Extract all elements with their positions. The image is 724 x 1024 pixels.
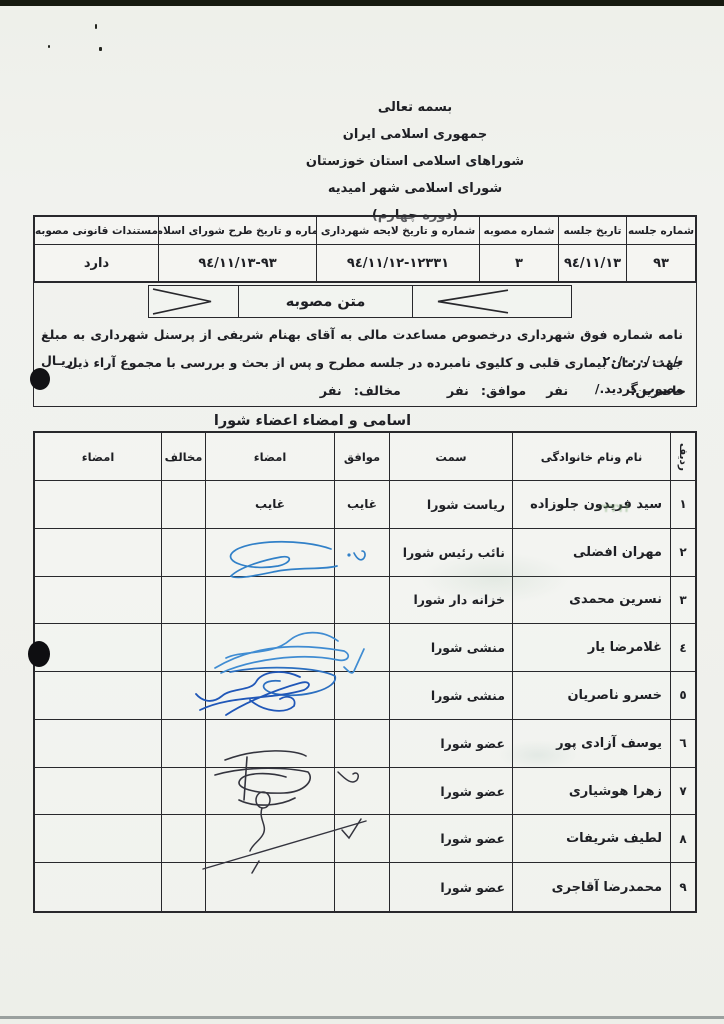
row-no: ٨ (670, 815, 695, 863)
banner-title-cell: متن مصوبه (238, 286, 413, 317)
oppose-cell (161, 481, 205, 529)
oppose-cell (161, 529, 205, 577)
meta-header-session-no: شماره جلسه (626, 217, 695, 245)
letterhead-country: جمهوری اسلامی ایران (106, 121, 724, 148)
letterhead: بسمه تعالی جمهوری اسلامی ایران شوراهای ا… (106, 94, 724, 229)
member-name: خسرو ناصریان (512, 672, 670, 720)
row-no-rotated-label: ردیف (677, 443, 689, 471)
agree-cell (334, 529, 389, 577)
chevron-left-icon (413, 286, 571, 317)
letterhead-city-council: شورای اسلامی شهر امیدیه (106, 175, 724, 202)
signature2-cell (35, 624, 161, 672)
meta-header-resolution-no: شماره مصوبه (479, 217, 558, 245)
meta-value-resolution-no: ٣ (479, 245, 558, 281)
col-header-signature-1: امضاء (205, 433, 334, 481)
member-name: زهرا هوشیاری (512, 768, 670, 816)
banner-title: متن مصوبه (286, 294, 366, 310)
member-name: لطیف شریفات (512, 815, 670, 863)
banner-right-arrow-cell (413, 286, 571, 317)
meta-value-session-no: ٩٣ (626, 245, 695, 281)
col-header-row-no: ردیف (670, 433, 695, 481)
signature-cell (205, 768, 334, 816)
col-header-agree: موافق (334, 433, 389, 481)
col-header-position: سمت (389, 433, 512, 481)
signature2-cell (35, 577, 161, 625)
signature-cell (205, 815, 334, 863)
col-header-oppose: مخالف (161, 433, 205, 481)
agree-label: موافق: (481, 384, 526, 399)
signature-cell (205, 529, 334, 577)
banner-left-arrow-cell (149, 286, 238, 317)
letterhead-basmala: بسمه تعالی (106, 94, 724, 121)
agree-cell (334, 624, 389, 672)
attendance-line: حاضرین: نفر موافق: نفر مخالف: نفر (320, 384, 686, 399)
letterhead-province-councils: شوراهای اسلامی استان خوزستان (106, 148, 724, 175)
signature2-cell (35, 672, 161, 720)
oppose-cell (161, 815, 205, 863)
meta-header-legal-docs: مستندات قانونی مصوبه (35, 217, 158, 245)
signature-cell (205, 672, 334, 720)
chevron-right-icon (149, 286, 238, 317)
row-no: ٧ (670, 768, 695, 816)
resolution-banner: متن مصوبه (148, 285, 572, 318)
meta-value-bill-no-date: ١٢٣٣١-٩٤/١١/١٢ (316, 245, 479, 281)
signature-cell (205, 863, 334, 911)
member-position: عضو شورا (389, 815, 512, 863)
signature-cell (205, 720, 334, 768)
row-no: ١ (670, 481, 695, 529)
signature2-cell (35, 768, 161, 816)
oppose-label: مخالف: (354, 384, 401, 399)
scanned-council-resolution-page: بسمه تعالی جمهوری اسلامی ایران شوراهای ا… (0, 0, 724, 1024)
oppose-cell (161, 768, 205, 816)
signature2-cell (35, 720, 161, 768)
member-position: عضو شورا (389, 720, 512, 768)
member-position: عضو شورا (389, 863, 512, 911)
col-header-name: نام ونام خانوادگی (512, 433, 670, 481)
oppose-cell (161, 672, 205, 720)
signature2-cell (35, 529, 161, 577)
row-no: ٢ (670, 529, 695, 577)
members-table-title: اسامی و امضاء اعضاء شورا (200, 413, 425, 429)
agree-cell (334, 577, 389, 625)
present-value: نفر (546, 384, 568, 399)
scan-bottom-edge (0, 1016, 724, 1019)
bleed-smudge (420, 552, 570, 604)
oppose-cell (161, 577, 205, 625)
member-position: منشی شورا (389, 624, 512, 672)
scan-speck (95, 24, 97, 29)
meta-header-session-date: تاریخ جلسه (558, 217, 626, 245)
bleed-through-text: ١٢٣٣٠ (594, 501, 664, 515)
meta-value-plan-no-date: ٩٣-٩٤/١١/١٣ (158, 245, 316, 281)
meta-header-bill-no-date: شماره و تاریخ لایحه شهرداری (316, 217, 479, 245)
member-name: غلامرضا یار (512, 624, 670, 672)
meta-header-plan-no-date: شماره و تاریخ طرح شورای اسلامی (158, 217, 316, 245)
scan-speck (48, 45, 50, 48)
meta-value-session-date: ٩٤/١١/١٣ (558, 245, 626, 281)
row-no: ٤ (670, 624, 695, 672)
oppose-cell (161, 863, 205, 911)
row-no: ٥ (670, 672, 695, 720)
signature-cell (205, 577, 334, 625)
agree-cell (334, 768, 389, 816)
row-no: ٦ (670, 720, 695, 768)
member-position: ریاست شورا (389, 481, 512, 529)
oppose-value: نفر (320, 384, 342, 399)
agree-cell (334, 863, 389, 911)
agree-cell (334, 720, 389, 768)
present-label: حاضرین: (630, 384, 686, 399)
session-meta-table: شماره جلسه تاریخ جلسه شماره مصوبه شماره … (33, 215, 697, 283)
member-position: عضو شورا (389, 768, 512, 816)
bleed-smudge (498, 740, 578, 770)
signature-cell: غایب (205, 481, 334, 529)
signature2-cell (35, 815, 161, 863)
signature-cell (205, 624, 334, 672)
member-name: محمدرضا آقاجری (512, 863, 670, 911)
scan-speck (99, 47, 102, 51)
agree-value: نفر (447, 384, 469, 399)
row-no: ٣ (670, 577, 695, 625)
scan-edge-strip (0, 0, 724, 6)
row-no: ٩ (670, 863, 695, 911)
agree-cell (334, 672, 389, 720)
meta-value-legal-docs: دارد (35, 245, 158, 281)
oppose-cell (161, 720, 205, 768)
oppose-cell (161, 624, 205, 672)
signature2-cell (35, 481, 161, 529)
agree-cell (334, 815, 389, 863)
member-position: منشی شورا (389, 672, 512, 720)
agree-cell: غایب (334, 481, 389, 529)
signature2-cell (35, 863, 161, 911)
col-header-signature-2: امضاء (35, 433, 161, 481)
